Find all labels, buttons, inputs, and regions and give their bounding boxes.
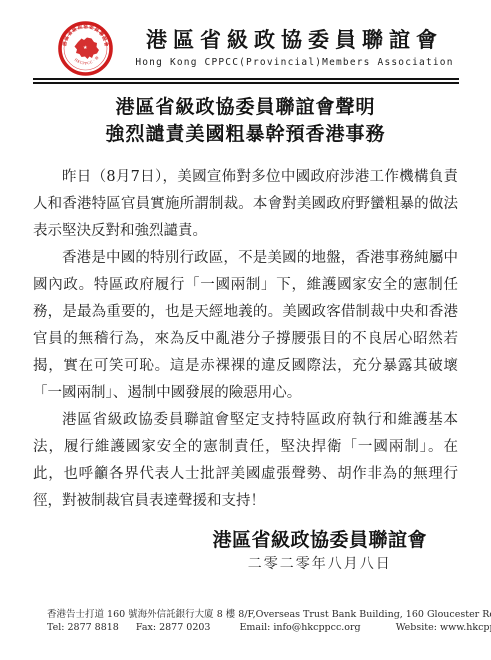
statement-title-line1: 港區省級政協委員聯誼會聲明 — [0, 94, 491, 121]
double-rule-divider — [33, 78, 459, 84]
statement-paragraph-3: 港區省級政協委員聯誼會堅定支持特區政府執行和維護基本法，履行維護國家安全的憲制責… — [33, 407, 458, 515]
footer-tel: Tel: 2877 8818 — [47, 621, 119, 634]
statement-title-line2: 強烈譴責美國粗暴幹預香港事務 — [0, 121, 491, 148]
footer-email: Email: info@hkcppcc.org — [239, 621, 360, 634]
signature-org-name: 港區省級政協委員聯誼會 — [212, 527, 427, 553]
org-identity: 港區省級政協委員聯誼會 Hong Kong CPPCC(Provincial)M… — [118, 24, 471, 68]
statement-paragraph-1: 昨日（8月7日），美國宣佈對多位中國政府涉港工作機構負責人和香港特區官員實施所謂… — [33, 164, 458, 245]
signature-date: 二零二零年八月八日 — [212, 553, 427, 575]
statement-document-page: 港區省級政協委員聯誼會 HKCPPCC · 聯誼會 ★ 港區省級政協委員聯誼會 … — [0, 0, 491, 660]
statement-paragraph-2: 香港是中國的特別行政區，不是美國的地盤，香港事務純屬中國內政。特區政府履行「一國… — [33, 245, 458, 407]
statement-title: 港區省級政協委員聯誼會聲明 強烈譴責美國粗暴幹預香港事務 — [0, 94, 491, 148]
footer-fax: Fax: 2877 0203 — [136, 621, 211, 634]
footer-contacts: Tel: 2877 8818 Fax: 2877 0203 Email: inf… — [47, 621, 471, 634]
signature-block: 港區省級政協委員聯誼會 二零二零年八月八日 — [0, 527, 491, 575]
statement-body: 昨日（8月7日），美國宣佈對多位中國政府涉港工作機構負責人和香港特區官員實施所謂… — [33, 164, 458, 515]
org-name-english: Hong Kong CPPCC(Provincial)Members Assoc… — [118, 57, 471, 68]
round-seal-china-map-icon: 港區省級政協委員聯誼會 HKCPPCC · 聯誼會 ★ — [58, 21, 113, 76]
svg-text:★: ★ — [83, 45, 88, 51]
letter-footer: 香港告士打道 160 號海外信託銀行大廈 8 樓 8/F,Overseas Tr… — [47, 608, 471, 634]
letterhead: 港區省級政協委員聯誼會 HKCPPCC · 聯誼會 ★ 港區省級政協委員聯誼會 … — [0, 0, 491, 78]
footer-website: Website: www.hkcppcc.org — [396, 621, 491, 634]
footer-address: 香港告士打道 160 號海外信託銀行大廈 8 樓 8/F,Overseas Tr… — [47, 608, 471, 621]
org-name-chinese: 港區省級政協委員聯誼會 — [118, 24, 471, 54]
